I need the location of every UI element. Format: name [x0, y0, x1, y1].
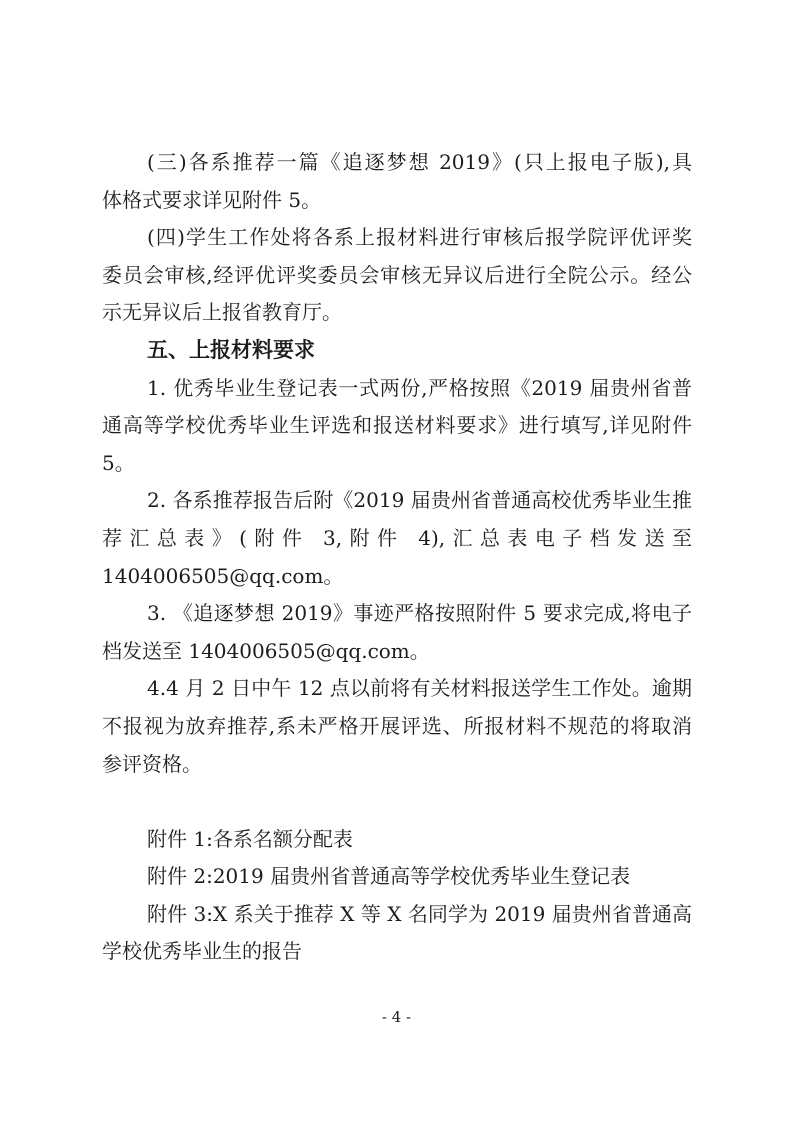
- paragraph-line: 不报视为放弃推荐,系未严格开展评选、所报材料不规范的将取消: [102, 708, 692, 746]
- attachment-line: 附件 2:2019 届贵州省普通高等学校优秀毕业生登记表: [102, 858, 692, 896]
- paragraph-line: 荐汇总表》(附件 3,附件 4),汇总表电子档发送至: [102, 520, 692, 558]
- email-line: 档发送至 1404006505@qq.com。: [102, 633, 692, 671]
- page-number: - 4 -: [0, 1006, 793, 1028]
- paragraph-line: (三)各系推荐一篇《追逐梦想 2019》(只上报电子版),具: [102, 144, 692, 182]
- paragraph-line: 4.4 月 2 日中午 12 点以前将有关材料报送学生工作处。逾期: [102, 670, 692, 708]
- paragraph-line: 5。: [102, 445, 692, 483]
- blank-line: [102, 783, 692, 821]
- paragraph-line: 委员会审核,经评优评奖委员会审核无异议后进行全院公示。经公: [102, 257, 692, 295]
- attachment-line: 附件 3:X 系关于推荐 X 等 X 名同学为 2019 届贵州省普通高等: [102, 896, 692, 934]
- paragraph-line: 3. 《追逐梦想 2019》事迹严格按照附件 5 要求完成,将电子: [102, 595, 692, 633]
- paragraph-line: 通高等学校优秀毕业生评选和报送材料要求》进行填写,详见附件: [102, 407, 692, 445]
- paragraph-line: 1. 优秀毕业生登记表一式两份,严格按照《2019 届贵州省普: [102, 370, 692, 408]
- paragraph-line: 参评资格。: [102, 746, 692, 784]
- attachment-line: 附件 1:各系名额分配表: [102, 821, 692, 859]
- document-body: (三)各系推荐一篇《追逐梦想 2019》(只上报电子版),具 体格式要求详见附件…: [102, 144, 692, 971]
- paragraph-line: 体格式要求详见附件 5。: [102, 182, 692, 220]
- attachment-line: 学校优秀毕业生的报告: [102, 933, 692, 971]
- paragraph-line: 2. 各系推荐报告后附《2019 届贵州省普通高校优秀毕业生推: [102, 482, 692, 520]
- document-page: (三)各系推荐一篇《追逐梦想 2019》(只上报电子版),具 体格式要求详见附件…: [0, 0, 793, 1122]
- paragraph-line: (四)学生工作处将各系上报材料进行审核后报学院评优评奖: [102, 219, 692, 257]
- email-line: 1404006505@qq.com。: [102, 558, 692, 596]
- section-heading: 五、上报材料要求: [102, 332, 692, 370]
- paragraph-line: 示无异议后上报省教育厅。: [102, 294, 692, 332]
